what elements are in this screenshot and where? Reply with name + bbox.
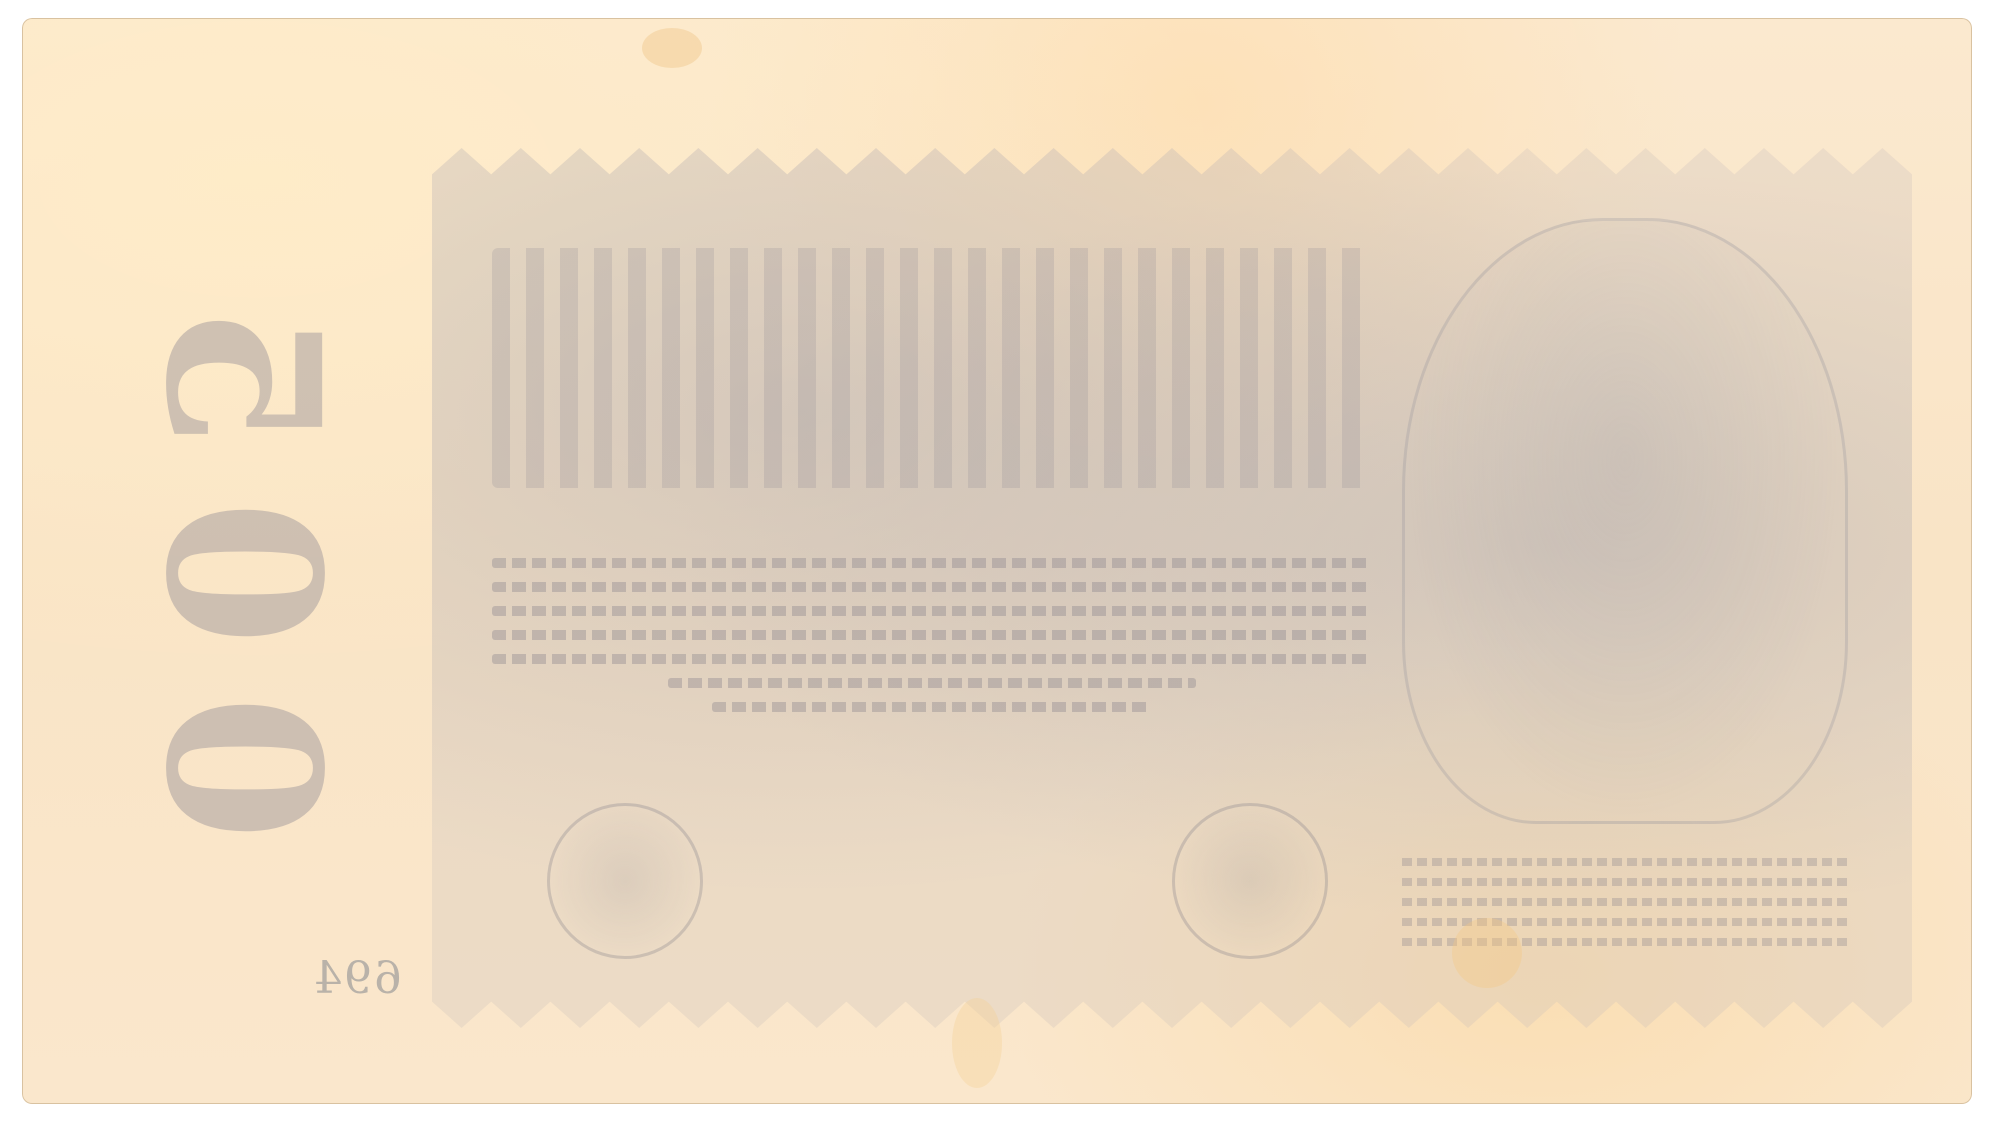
denomination-digit: 0 (152, 500, 332, 646)
paper-stain (1452, 918, 1522, 988)
denomination-digit: 0 (152, 695, 332, 841)
paper-stain (952, 998, 1002, 1088)
show-through-headline (492, 248, 1372, 488)
show-through-figure (1402, 218, 1848, 824)
paper-stain (642, 28, 702, 68)
denomination-digit: 5 (152, 305, 332, 451)
seal-left (547, 803, 703, 959)
seal-right (1172, 803, 1328, 959)
denomination-numeral: 5 0 0 (102, 288, 382, 858)
serial-number: 694 (312, 953, 402, 1004)
show-through-text-block (492, 558, 1372, 726)
banknote: 5 0 0 694 (22, 18, 1972, 1104)
